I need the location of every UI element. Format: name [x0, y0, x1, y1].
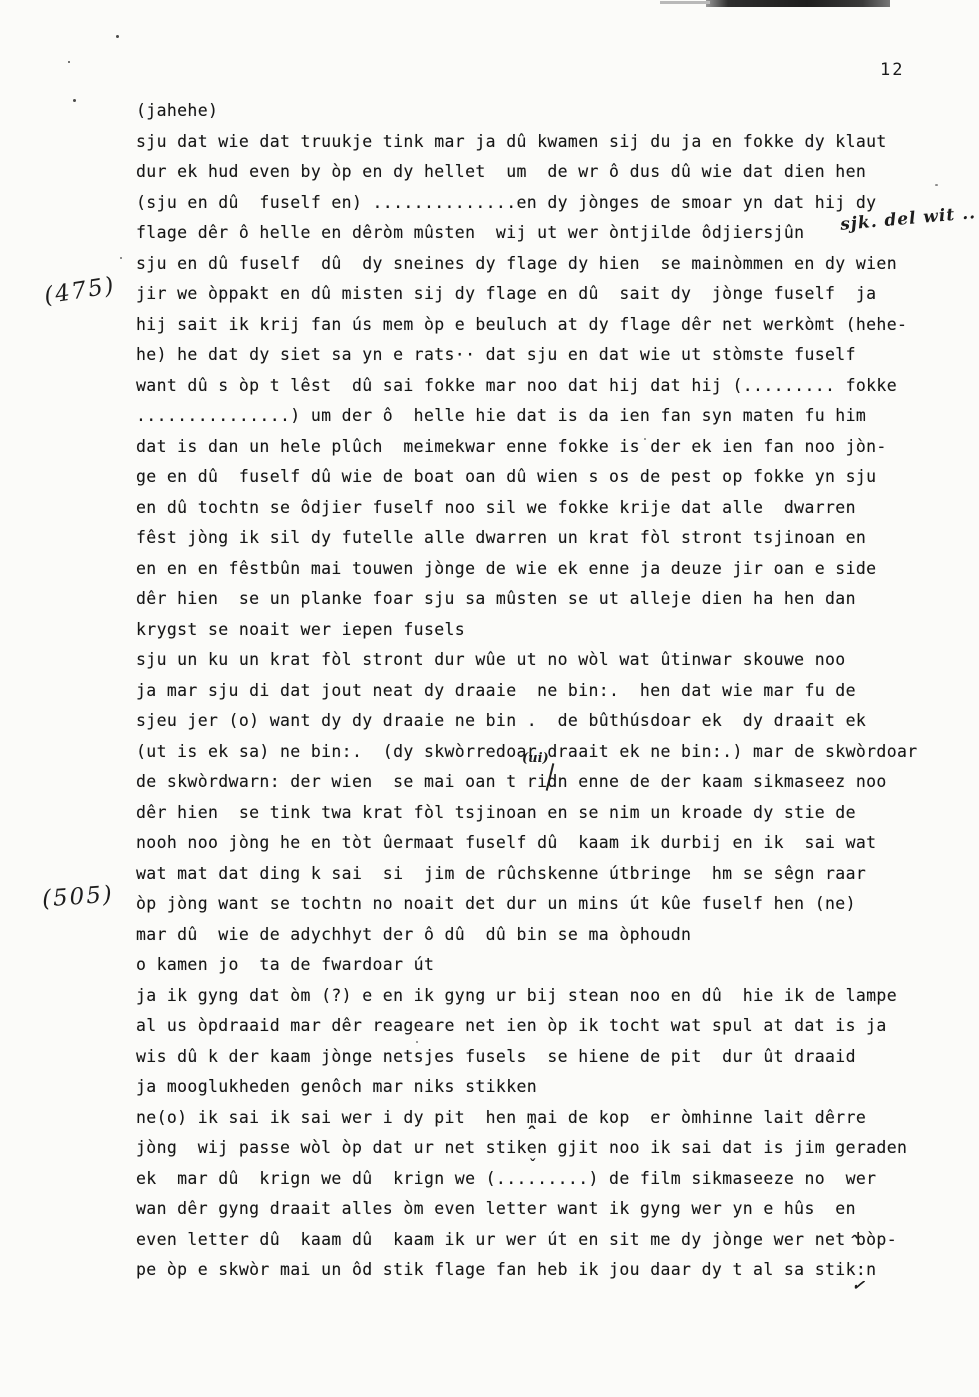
transcript-line: fêst jòng ik sil dy futelle alle dwarren… [136, 523, 936, 554]
transcript-line: hij sait ik krij fan ús mem òp e beuluch… [136, 310, 936, 341]
transcript-line: he) he dat dy siet sa yn e rats·· dat sj… [136, 340, 936, 371]
margin-note-475: (475) [42, 273, 117, 310]
margin-note-505: (505) [41, 882, 114, 913]
transcript-line: ne(o) ik sai ik sai wer i dy pit hen mai… [136, 1103, 936, 1134]
transcript-line: even letter dû kaam dû kaam ik ur wer út… [136, 1225, 936, 1256]
scan-speck [416, 1041, 418, 1043]
transcript-line: ja mar sju di dat jout neat dy draaie ne… [136, 676, 936, 707]
page-number: 12 [880, 60, 904, 80]
transcript-line: want dû s òp t lêst dû sai fokke mar noo… [136, 371, 936, 402]
transcript-line: wis dû k der kaam jònge netsjes fusels s… [136, 1042, 936, 1073]
transcript-line: ja mooglukheden genôch mar niks stikken [136, 1072, 936, 1103]
transcript-line: o kamen jo ta de fwardoar út [136, 950, 936, 981]
transcript-line: sju en dû fuself dû dy sneines dy flage … [136, 249, 936, 280]
transcript-line: al us òpdraaid mar dêr reageare net ien … [136, 1011, 936, 1042]
scan-artifact-bar-light [660, 1, 710, 4]
transcript-line: (ut is ek sa) ne bin:. (dy skwòrredoar d… [136, 737, 936, 768]
transcript-line: sjeu jer (o) want dy dy draaie ne bin . … [136, 706, 936, 737]
transcript-line: sju dat wie dat truukje tink mar ja dû k… [136, 127, 936, 158]
transcript-line: dêr hien se un planke foar sju sa mûsten… [136, 584, 936, 615]
transcript-line: nooh noo jòng he en tòt ûermaat fuself d… [136, 828, 936, 859]
transcript-line: ja ik gyng dat òm (?) e en ik gyng ur bi… [136, 981, 936, 1012]
transcript-line: de skwòrdwarn: der wien se mai oan t rid… [136, 767, 936, 798]
transcript-line: dêr hien se tink twa krat fòl tsjinoan e… [136, 798, 936, 829]
transcript-line: dat is dan un hele plûch meimekwar enne … [136, 432, 936, 463]
document-page: 12 (475) (505) sjk. del wit .. (ui) ˆ ˇ … [0, 0, 979, 1397]
transcript-line: krygst se noait wer iepen fusels [136, 615, 936, 646]
transcript-line: flage dêr ô helle en dêròm mûsten wij ut… [136, 218, 936, 249]
transcript-line: sju un ku un krat fòl stront dur wûe ut … [136, 645, 936, 676]
scan-speck [120, 257, 122, 259]
scan-speck [68, 61, 70, 63]
transcript-line: dur ek hud even by òp en dy hellet um de… [136, 157, 936, 188]
transcript-line: jir we òppakt en dû misten sij dy flage … [136, 279, 936, 310]
transcript-text-block: (jahehe) sju dat wie dat truukje tink ma… [136, 96, 936, 1286]
transcript-line: ge en dû fuself dû wie de boat oan dû wi… [136, 462, 936, 493]
transcript-line: mar dû wie de adychhyt der ô dû dû bin s… [136, 920, 936, 951]
scan-artifact-bar [706, 0, 890, 7]
transcript-line: ...............) um der ô helle hie dat … [136, 401, 936, 432]
scan-speck [644, 438, 646, 440]
transcript-line: (jahehe) [136, 96, 936, 127]
transcript-line: jòng wij passe wòl òp dat ur net stiken … [136, 1133, 936, 1164]
scan-speck [116, 35, 119, 38]
transcript-line: wan dêr gyng draait alles òm even letter… [136, 1194, 936, 1225]
transcript-line: ek mar dû krign we dû krign we (........… [136, 1164, 936, 1195]
transcript-line: en dû tochtn se ôdjier fuself noo sil we… [136, 493, 936, 524]
transcript-line: (sju en dû fuself en) ..............en d… [136, 188, 936, 219]
transcript-line: òp jòng want se tochtn no noait det dur … [136, 889, 936, 920]
transcript-line: en en en fêstbûn mai touwen jònge de wie… [136, 554, 936, 585]
transcript-line: wat mat dat ding k sai si jim de rûchske… [136, 859, 936, 890]
scan-speck [935, 184, 938, 186]
transcript-line: pe òp e skwòr mai un ôd stik flage fan h… [136, 1255, 936, 1286]
scan-speck [73, 99, 76, 102]
